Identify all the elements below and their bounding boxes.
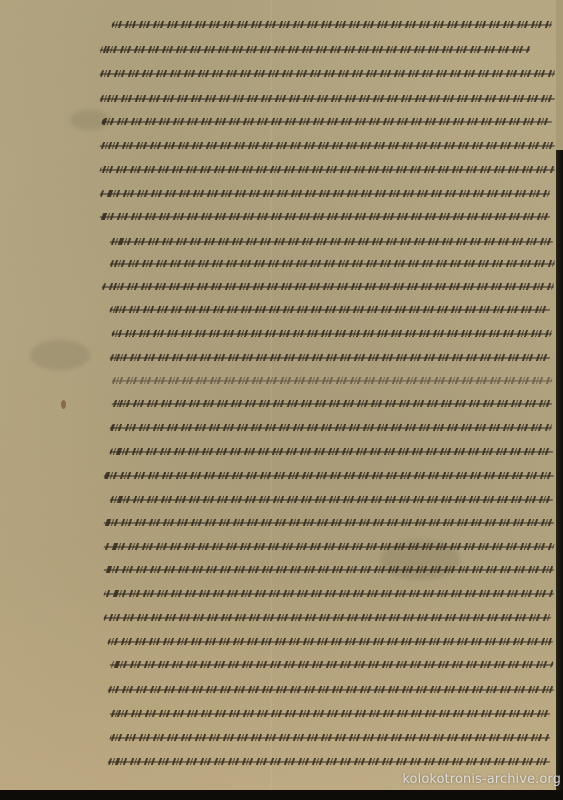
ink-strokes bbox=[103, 590, 555, 597]
ink-strokes bbox=[101, 283, 555, 290]
handwritten-line: [illegible handwritten Greek] bbox=[104, 561, 554, 577]
handwritten-line: [illegible handwritten Greek] bbox=[110, 656, 553, 672]
ink-strokes bbox=[103, 519, 555, 526]
handwritten-line: [illegible handwritten Greek] bbox=[104, 538, 554, 554]
ink-strokes bbox=[99, 70, 556, 77]
ink-strokes bbox=[107, 758, 551, 765]
ink-stain bbox=[61, 400, 66, 409]
ink-strokes bbox=[109, 424, 553, 431]
ink-strokes bbox=[109, 734, 551, 741]
ink-strokes bbox=[99, 95, 556, 102]
handwritten-line: [illegible handwritten Greek] bbox=[102, 113, 552, 129]
handwritten-line: [illegible handwritten Greek] bbox=[112, 325, 552, 341]
ink-strokes bbox=[109, 306, 551, 313]
handwritten-line: [illegible handwritten Greek] bbox=[104, 585, 554, 601]
handwritten-line: [illegible handwritten Greek] bbox=[112, 395, 552, 411]
manuscript-page: [illegible handwritten Greek][illegible … bbox=[0, 0, 556, 790]
handwritten-line: [illegible handwritten Greek] bbox=[110, 705, 550, 721]
ink-strokes bbox=[111, 330, 553, 337]
paper-smudge bbox=[30, 340, 90, 370]
handwritten-line: [illegible handwritten Greek] bbox=[104, 467, 554, 483]
handwritten-line: [illegible handwritten Greek] bbox=[102, 278, 554, 294]
handwritten-line: [illegible handwritten Greek] bbox=[110, 301, 550, 317]
page-border-bottom bbox=[0, 790, 563, 800]
ink-strokes bbox=[99, 166, 556, 173]
ink-strokes bbox=[101, 118, 553, 125]
handwritten-line: [illegible handwritten Greek] bbox=[110, 729, 550, 745]
watermark: kolokotronis-archive.org bbox=[402, 772, 561, 787]
handwritten-line: [illegible handwritten Greek] bbox=[110, 419, 552, 435]
ink-strokes bbox=[109, 710, 551, 717]
handwritten-line: [illegible handwritten Greek] bbox=[100, 65, 555, 81]
ink-strokes bbox=[107, 638, 554, 645]
handwritten-line: [illegible handwritten Greek] bbox=[110, 233, 553, 249]
page-border-right bbox=[556, 0, 563, 800]
ink-strokes bbox=[109, 496, 554, 503]
ink-strokes bbox=[103, 543, 555, 550]
handwritten-line: [illegible handwritten Greek] bbox=[108, 681, 554, 697]
handwritten-line: [illegible handwritten Greek] bbox=[100, 185, 550, 201]
ink-strokes bbox=[99, 213, 551, 220]
ink-strokes bbox=[99, 190, 551, 197]
ink-strokes bbox=[103, 566, 555, 573]
handwritten-line: [illegible handwritten Greek] bbox=[112, 16, 552, 32]
ink-strokes bbox=[109, 354, 551, 361]
handwritten-line: [illegible handwritten Greek] bbox=[110, 443, 553, 459]
handwritten-line: [illegible handwritten Greek] bbox=[112, 372, 552, 388]
ink-strokes bbox=[103, 614, 552, 621]
ink-strokes bbox=[103, 472, 555, 479]
ink-strokes bbox=[99, 142, 556, 149]
handwritten-line: [illegible handwritten Greek] bbox=[108, 633, 553, 649]
handwritten-line: [illegible handwritten Greek] bbox=[100, 137, 555, 153]
ink-strokes bbox=[107, 686, 555, 693]
handwritten-line: [illegible handwritten Greek] bbox=[108, 753, 550, 769]
ink-strokes bbox=[111, 377, 553, 384]
ink-strokes bbox=[109, 661, 554, 668]
handwritten-line: [illegible handwritten Greek] bbox=[110, 349, 550, 365]
handwritten-line: [illegible handwritten Greek] bbox=[100, 208, 550, 224]
handwritten-line: [illegible handwritten Greek] bbox=[104, 514, 554, 530]
ink-strokes bbox=[111, 21, 553, 28]
ink-strokes bbox=[111, 400, 553, 407]
ink-strokes bbox=[99, 46, 531, 53]
ink-strokes bbox=[109, 260, 556, 267]
handwritten-line: [illegible handwritten Greek] bbox=[100, 161, 555, 177]
handwritten-line: [illegible handwritten Greek] bbox=[100, 90, 555, 106]
handwritten-line: [illegible handwritten Greek] bbox=[110, 255, 555, 271]
handwritten-line: [illegible handwritten Greek] bbox=[100, 41, 530, 57]
handwritten-line: [illegible handwritten Greek] bbox=[104, 609, 551, 625]
ink-strokes bbox=[109, 238, 554, 245]
handwritten-line: [illegible handwritten Greek] bbox=[110, 491, 553, 507]
ink-strokes bbox=[109, 448, 554, 455]
